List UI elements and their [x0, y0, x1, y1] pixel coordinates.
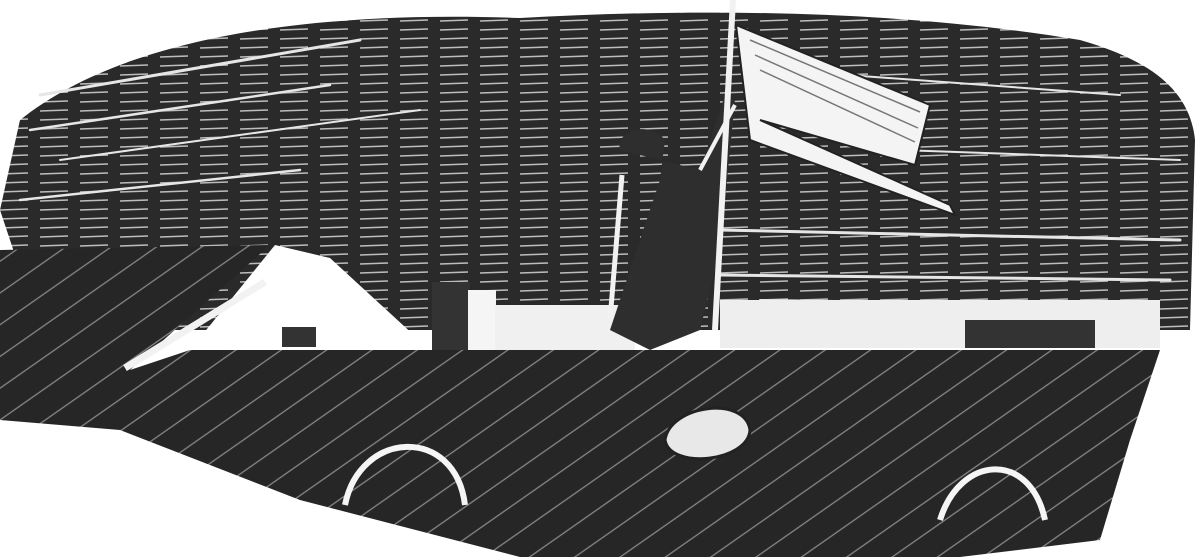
small-chimney: [282, 327, 316, 347]
chimney: [432, 282, 470, 352]
woodcut-scene: [0, 0, 1197, 557]
right-building: [965, 320, 1095, 348]
chimney-lit-side: [468, 290, 496, 352]
